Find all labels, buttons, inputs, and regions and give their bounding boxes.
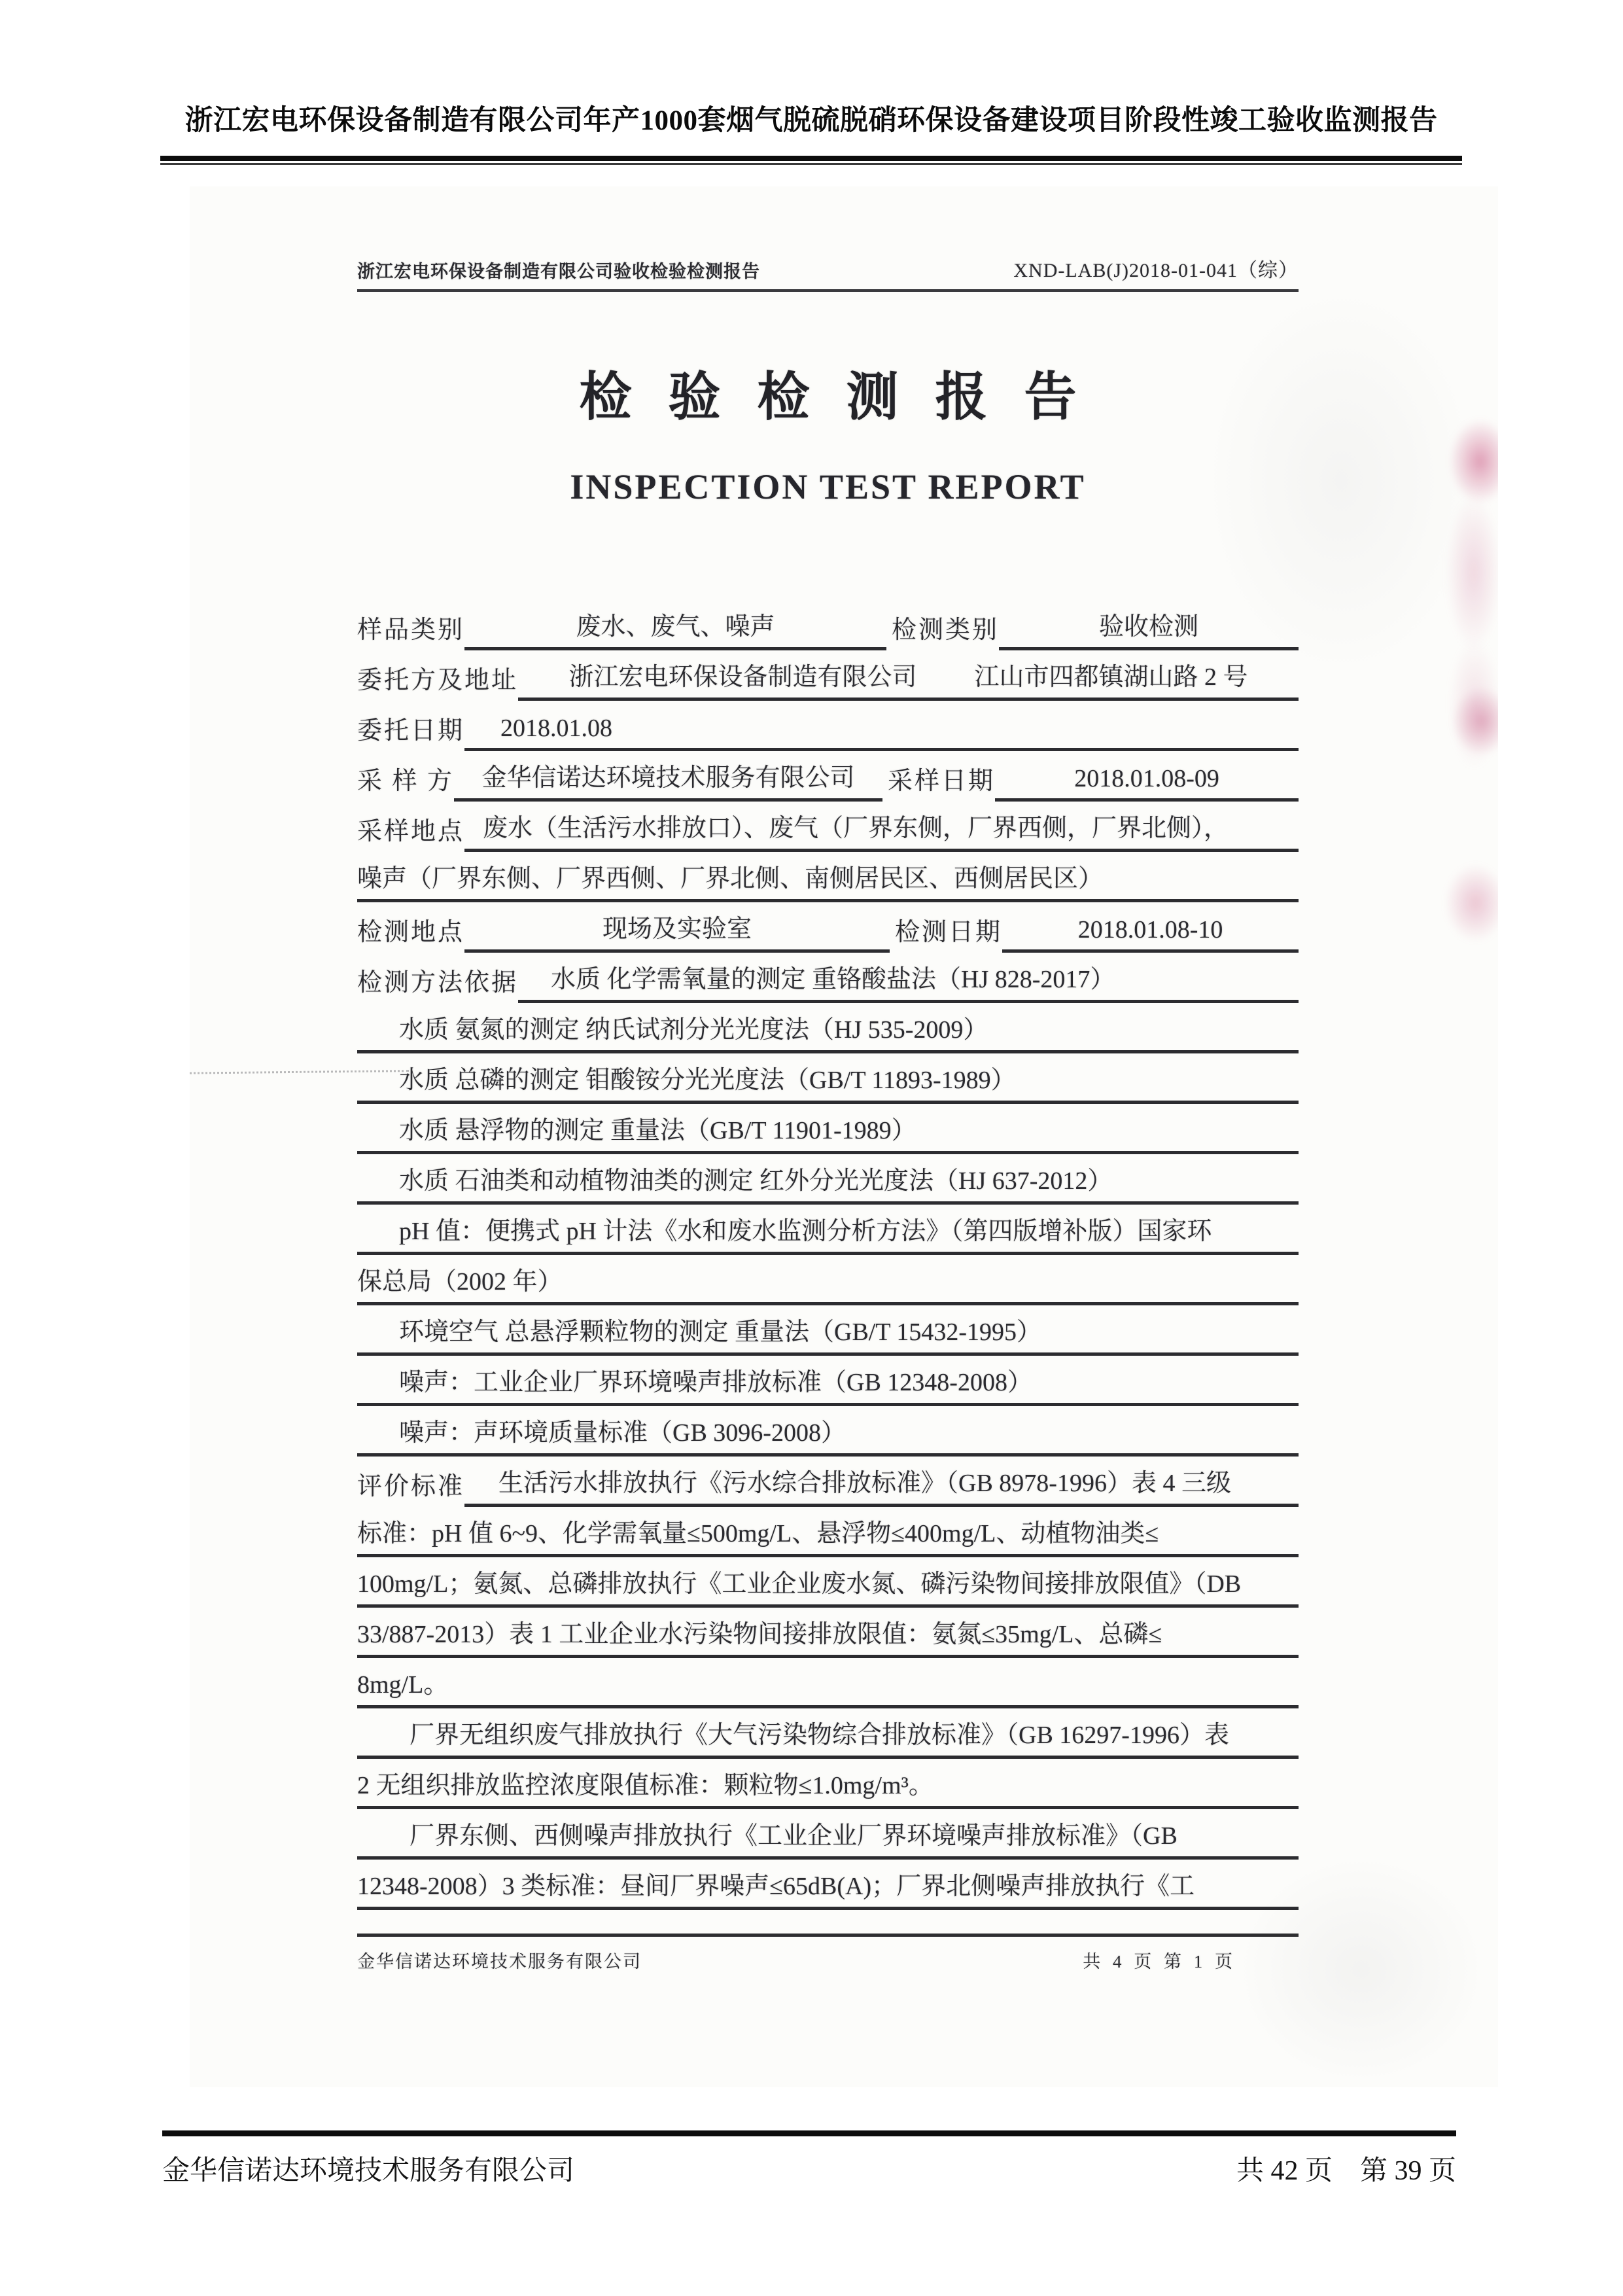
- form-row-sampler: 采 样 方 金华信诺达环境技术服务有限公司 采样日期 2018.01.08-09: [357, 751, 1299, 802]
- evaluation-line: 33/887-2013）表 1 工业企业水污染物间接排放限值：氨氮≤35mg/L…: [357, 1614, 1299, 1658]
- field-value: 2018.01.08-09: [995, 764, 1299, 802]
- form-row-sample-type: 样品类别 废水、废气、噪声 检测类别 验收检测: [357, 600, 1299, 650]
- field-label: 委托日期: [357, 710, 464, 751]
- page-footer: 金华信诺达环境技术服务有限公司 共 42 页 第 39 页: [162, 2149, 1456, 2188]
- method-line: 水质 悬浮物的测定 重量法（GB/T 11901-1989）: [357, 1110, 1299, 1154]
- form-row-method: 水质 石油类和动植物油类的测定 红外分光光度法（HJ 637-2012）: [357, 1154, 1299, 1205]
- footer-rule: [162, 2130, 1456, 2136]
- form-row-method: 噪声：工业企业厂界环境噪声排放标准（GB 12348-2008）: [357, 1356, 1299, 1406]
- evaluation-line: 标准：pH 值 6~9、化学需氧量≤500mg/L、悬浮物≤400mg/L、动植…: [357, 1513, 1299, 1557]
- doc-footer-page-info: 共 4 页 第 1 页: [1083, 1947, 1299, 1973]
- field-value: 验收检测: [999, 606, 1299, 650]
- form-row-evaluation-line: 12348-2008）3 类标准：昼间厂界噪声≤65dB(A)；厂界北侧噪声排放…: [357, 1860, 1299, 1910]
- form-row-evaluation-line: 标准：pH 值 6~9、化学需氧量≤500mg/L、悬浮物≤400mg/L、动植…: [357, 1507, 1299, 1557]
- doc-footer: 金华信诺达环境技术服务有限公司 共 4 页 第 1 页: [357, 1947, 1299, 1973]
- method-line: 保总局（2002 年）: [357, 1261, 1299, 1305]
- evaluation-line: 8mg/L。: [357, 1664, 1299, 1708]
- client-name: 浙江宏电环保设备制造有限公司: [568, 663, 916, 691]
- doc-header-title: 浙江宏电环保设备制造有限公司验收检验检测报告: [357, 257, 760, 283]
- form-row-evaluation-line: 厂界东侧、西侧噪声排放执行《工业企业厂界环境噪声排放标准》（GB: [357, 1809, 1299, 1860]
- field-value: 2018.01.08-10: [1002, 915, 1299, 953]
- field-value: 2018.01.08: [464, 714, 1299, 751]
- field-label: 检测日期: [895, 911, 1002, 953]
- form-row-evaluation-line: 2 无组织排放监控浓度限值标准：颗粒物≤1.0mg/m³。: [357, 1759, 1299, 1809]
- form-row-method-basis: 检测方法依据 水质 化学需氧量的测定 重铬酸盐法（HJ 828-2017）: [357, 953, 1299, 1003]
- form-row-method: 环境空气 总悬浮颗粒物的测定 重量法（GB/T 15432-1995）: [357, 1305, 1299, 1356]
- report-title-en: INSPECTION TEST REPORT: [357, 467, 1299, 507]
- form-row-method: 水质 总磷的测定 钼酸铵分光光度法（GB/T 11893-1989）: [357, 1053, 1299, 1104]
- form-row-evaluation: 评价标准 生活污水排放执行《污水综合排放标准》（GB 8978-1996）表 4…: [357, 1457, 1299, 1507]
- form-row-sampling-site: 采样地点 废水（生活污水排放口）、废气（厂界东侧，厂界西侧，厂界北侧），: [357, 802, 1299, 852]
- form-row-method: 水质 悬浮物的测定 重量法（GB/T 11901-1989）: [357, 1104, 1299, 1154]
- method-line: 水质 总磷的测定 钼酸铵分光光度法（GB/T 11893-1989）: [357, 1059, 1299, 1104]
- field-value: 废水（生活污水排放口）、废气（厂界东侧，厂界西侧，厂界北侧），: [464, 807, 1299, 852]
- doc-footer-rule: [357, 1934, 1299, 1937]
- form-row-evaluation-line: 厂界无组织废气排放执行《大气污染物综合排放标准》（GB 16297-1996）表: [357, 1708, 1299, 1759]
- client-address: 江山市四都镇湖山路 2 号: [975, 663, 1248, 691]
- report-page: 浙江宏电环保设备制造有限公司年产1000套烟气脱硫脱硝环保设备建设项目阶段性竣工…: [0, 0, 1623, 2296]
- form-row-test-site: 检测地点 现场及实验室 检测日期 2018.01.08-10: [357, 902, 1299, 953]
- header-rule-thin: [160, 163, 1462, 165]
- doc-report-code: XND-LAB(J)2018-01-041（综）: [1013, 254, 1299, 283]
- field-label: 采样日期: [888, 760, 995, 802]
- method-line: pH 值：便携式 pH 计法《水和废水监测分析方法》（第四版增补版）国家环: [357, 1210, 1299, 1255]
- report-form: 样品类别 废水、废气、噪声 检测类别 验收检测 委托方及地址 浙江宏电环保设备制…: [357, 600, 1299, 1910]
- field-value: 废水、废气、噪声: [464, 606, 886, 650]
- field-label: 委托方及地址: [357, 660, 518, 701]
- field-label: 检测方法依据: [357, 962, 518, 1003]
- field-label: 采 样 方: [357, 760, 454, 802]
- form-row-method: pH 值：便携式 pH 计法《水和废水监测分析方法》（第四版增补版）国家环: [357, 1205, 1299, 1255]
- method-line: 噪声：工业企业厂界环境噪声排放标准（GB 12348-2008）: [357, 1362, 1299, 1406]
- form-row-sampling-site-cont: 噪声（厂界东侧、厂界西侧、厂界北侧、南侧居民区、西侧居民区）: [357, 852, 1299, 902]
- evaluation-line: 100mg/L；氨氮、总磷排放执行《工业企业废水氮、磷污染物间接排放限值》（DB: [357, 1563, 1299, 1608]
- field-value: 现场及实验室: [464, 908, 890, 953]
- page-header-title: 浙江宏电环保设备制造有限公司年产1000套烟气脱硫脱硝环保设备建设项目阶段性竣工…: [160, 98, 1462, 138]
- form-row-method: 保总局（2002 年）: [357, 1255, 1299, 1305]
- form-row-evaluation-line: 100mg/L；氨氮、总磷排放执行《工业企业废水氮、磷污染物间接排放限值》（DB: [357, 1557, 1299, 1608]
- evaluation-line: 厂界东侧、西侧噪声排放执行《工业企业厂界环境噪声排放标准》（GB: [357, 1815, 1299, 1860]
- form-row-client: 委托方及地址 浙江宏电环保设备制造有限公司江山市四都镇湖山路 2 号: [357, 650, 1299, 701]
- evaluation-line: 12348-2008）3 类标准：昼间厂界噪声≤65dB(A)；厂界北侧噪声排放…: [357, 1865, 1299, 1910]
- form-row-evaluation-line: 33/887-2013）表 1 工业企业水污染物间接排放限值：氨氮≤35mg/L…: [357, 1608, 1299, 1658]
- doc-footer-company: 金华信诺达环境技术服务有限公司: [357, 1947, 642, 1973]
- field-label: 检测类别: [892, 609, 999, 650]
- method-line: 水质 氨氮的测定 纳氏试剂分光光度法（HJ 535-2009）: [357, 1009, 1299, 1053]
- method-line: 水质 石油类和动植物油类的测定 红外分光光度法（HJ 637-2012）: [357, 1160, 1299, 1205]
- evaluation-line: 2 无组织排放监控浓度限值标准：颗粒物≤1.0mg/m³。: [357, 1765, 1299, 1809]
- red-stamp: [1446, 494, 1498, 651]
- field-value: 水质 化学需氧量的测定 重铬酸盐法（HJ 828-2017）: [518, 959, 1299, 1003]
- field-label: 样品类别: [357, 609, 464, 650]
- report-content: 浙江宏电环保设备制造有限公司验收检验检测报告 XND-LAB(J)2018-01…: [357, 254, 1299, 1973]
- field-value: 金华信诺达环境技术服务有限公司: [454, 757, 882, 802]
- doc-header: 浙江宏电环保设备制造有限公司验收检验检测报告 XND-LAB(J)2018-01…: [357, 254, 1299, 292]
- report-title-cn: 检验检测报告: [357, 355, 1299, 430]
- form-row-evaluation-line: 8mg/L。: [357, 1658, 1299, 1708]
- method-line: 噪声：声环境质量标准（GB 3096-2008）: [357, 1412, 1299, 1457]
- form-row-commission-date: 委托日期 2018.01.08: [357, 701, 1299, 751]
- field-value: 生活污水排放执行《污水综合排放标准》（GB 8978-1996）表 4 三级: [464, 1462, 1299, 1507]
- method-line: 环境空气 总悬浮颗粒物的测定 重量法（GB/T 15432-1995）: [357, 1311, 1299, 1356]
- field-value: 浙江宏电环保设备制造有限公司江山市四都镇湖山路 2 号: [518, 656, 1299, 701]
- evaluation-line: 厂界无组织废气排放执行《大气污染物综合排放标准》（GB 16297-1996）表: [357, 1714, 1299, 1759]
- header-rule-thick: [160, 156, 1462, 161]
- field-label: 检测地点: [357, 911, 464, 953]
- page-footer-page-info: 共 42 页 第 39 页: [1236, 2149, 1456, 2188]
- red-stamp: [1444, 864, 1498, 942]
- page-footer-company: 金华信诺达环境技术服务有限公司: [162, 2149, 574, 2188]
- field-value: 噪声（厂界东侧、厂界西侧、厂界北侧、南侧居民区、西侧居民区）: [357, 858, 1299, 902]
- form-row-method: 噪声：声环境质量标准（GB 3096-2008）: [357, 1406, 1299, 1457]
- field-label: 采样地点: [357, 811, 464, 852]
- form-row-method: 水质 氨氮的测定 纳氏试剂分光光度法（HJ 535-2009）: [357, 1003, 1299, 1053]
- header-rule: [160, 156, 1462, 165]
- field-label: 评价标准: [357, 1466, 464, 1507]
